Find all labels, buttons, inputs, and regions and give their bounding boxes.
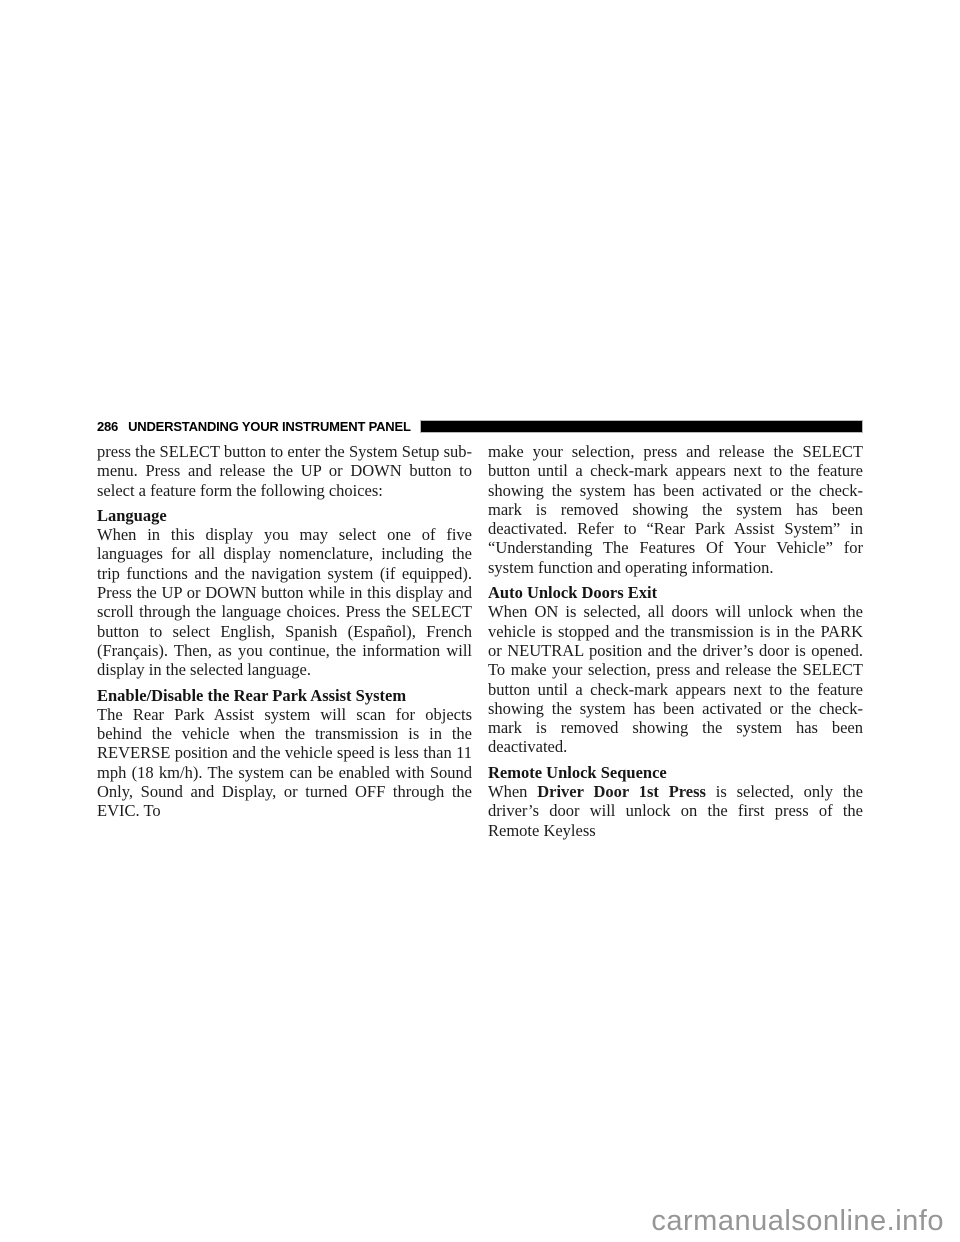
section-heading-language: Language [97,506,472,525]
running-header: 286 UNDERSTANDING YOUR INSTRUMENT PANEL [97,419,863,434]
section-heading-auto-unlock: Auto Unlock Doors Exit [488,583,863,602]
section-body-auto-unlock: When ON is selected, all doors will unlo… [488,602,863,756]
manual-page: 286 UNDERSTANDING YOUR INSTRUMENT PANEL … [0,0,960,1242]
left-paragraph-continuation: press the SELECT button to enter the Sys… [97,442,472,500]
section-rear-park-assist: Enable/Disable the Rear Park Assist Syst… [97,686,472,821]
page-number: 286 [97,419,118,434]
section-heading-remote-unlock: Remote Unlock Sequence [488,763,863,782]
left-column: press the SELECT button to enter the Sys… [97,442,472,840]
section-remote-unlock-sequence: Remote Unlock Sequence When Driver Door … [488,763,863,840]
section-heading-rear-park-assist: Enable/Disable the Rear Park Assist Syst… [97,686,472,705]
remote-unlock-text-prefix: When [488,782,537,801]
section-body-remote-unlock: When Driver Door 1st Press is selected, … [488,782,863,840]
section-language: Language When in this display you may se… [97,506,472,680]
section-body-rear-park-assist: The Rear Park Assist system will scan fo… [97,705,472,821]
right-paragraph-continuation: make your selection, press and release t… [488,442,863,577]
watermark: carmanualsonline.info [651,1207,944,1236]
page-content: press the SELECT button to enter the Sys… [97,442,863,840]
page-title: UNDERSTANDING YOUR INSTRUMENT PANEL [128,419,411,434]
header-rule-bar [420,420,863,433]
section-auto-unlock-doors-exit: Auto Unlock Doors Exit When ON is select… [488,583,863,757]
section-body-language: When in this display you may select one … [97,525,472,679]
remote-unlock-bold-option: Driver Door 1st Press [537,782,706,801]
right-column: make your selection, press and release t… [488,442,863,840]
